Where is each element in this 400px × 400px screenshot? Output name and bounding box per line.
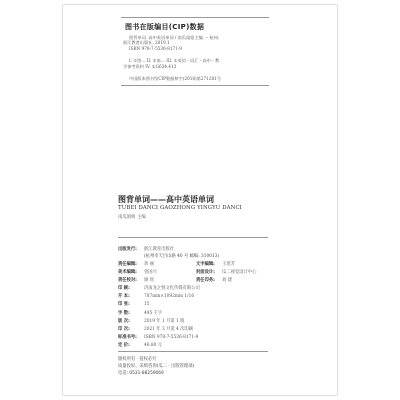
cip-bottom-divider — [121, 85, 269, 86]
spec-label: 印 次: — [118, 326, 144, 332]
spec-value: 46.80 元 — [144, 343, 162, 348]
spec-row: 印 张:15 — [118, 301, 149, 307]
field-value: 刘 建 — [222, 278, 232, 283]
field-label: 责任印务: — [196, 277, 222, 283]
colophon-divider — [118, 237, 268, 238]
spec-label: 版 次: — [118, 318, 144, 324]
spec-value: 495 千字 — [144, 311, 162, 316]
footer-complaints: 质量投诉、采购咨询(瓜二 · 出版管理部) — [118, 363, 194, 370]
cip-line: 浙江教育出版社, 2019.1 — [123, 40, 170, 46]
field-value: 王瑶芳 — [222, 262, 235, 267]
field-value: 谢 瑶 — [144, 277, 196, 283]
spec-row: 定 价:46.80 元 — [118, 342, 162, 348]
field-label: 责任编辑: — [118, 261, 144, 267]
spec-label: 定 价: — [118, 342, 144, 348]
field-value: 瓜二视觉设计中心 — [222, 270, 256, 275]
field-label: 美术编辑: — [118, 269, 144, 275]
field-label: 文字编辑: — [196, 261, 222, 267]
spec-row: 版 次:2019 年 1 月第 1 版 — [118, 318, 184, 324]
cip-title: 图书在版编目(CIP)数据 — [125, 22, 204, 32]
spec-value: 787mm×1092mm 1/16 — [144, 294, 194, 299]
spec-row: 印 次:2021 年 3 月第 4 次印刷 — [118, 326, 193, 332]
field-label: 责任校对: — [118, 277, 144, 283]
spec-row: 开 本:787mm×1092mm 1/16 — [118, 293, 194, 299]
copyright-page: 图书在版编目(CIP)数据 图背单词. 高中英语单词 / 南瓜姐姐主编. -- … — [62, 4, 338, 396]
proofreader-row: 责任校对:谢 瑶责任印务:刘 建 — [118, 277, 232, 283]
spec-label: 印 张: — [118, 301, 144, 307]
spec-value: 2019 年 1 月第 1 版 — [144, 319, 184, 324]
field-value: 曾国兴 — [144, 269, 196, 275]
book-pinyin-title: TUBEI DANCI GAOZHONG YINGYU DANCI — [118, 205, 242, 211]
field-label: 封面设计: — [196, 269, 222, 275]
publisher-label: 出版发行: — [118, 246, 144, 252]
spec-label: 印 刷: — [118, 285, 144, 291]
footer-divider — [118, 351, 268, 352]
publisher-row: 出版发行:浙江教育出版社 — [118, 246, 174, 252]
spec-value: 济南龙之悦文化传媒有限公司 — [144, 286, 200, 291]
cip-line: ISBN 978-7-5536-8171-9 — [129, 46, 182, 52]
field-value: 蒋 丽 — [144, 261, 196, 267]
top-divider — [121, 17, 269, 18]
spec-value: ISBN 978-7-5536-8171-9 — [144, 335, 198, 340]
spec-label: 字 数: — [118, 310, 144, 316]
spec-label: 开 本: — [118, 293, 144, 299]
spec-value: 2021 年 3 月第 4 次印刷 — [144, 327, 193, 332]
publisher-address: (杭州市天目山路 40 号 邮编: 310013) — [144, 253, 219, 259]
spec-row: 字 数:495 千字 — [118, 310, 162, 316]
book-title: 图背单词——高中英语单词 — [118, 194, 214, 205]
cip-line: I. ①图… II. ①南… III. ①英语 - 词汇 - 高中 - 教 — [129, 58, 219, 64]
spec-label: 标准书号: — [118, 334, 144, 340]
spec-value: 15 — [144, 302, 149, 307]
book-author: 南瓜姐姐 主编 — [118, 214, 146, 220]
editor-row: 责任编辑:蒋 丽文字编辑:王瑶芳 — [118, 261, 235, 267]
spec-row: 印 刷:济南龙之悦文化传媒有限公司 — [118, 285, 200, 291]
footer-phone: 电话: 0531-88259069 — [118, 370, 164, 377]
cip-line: 中国版本图书馆CIP数据核字(2018)第271281号 — [129, 76, 221, 82]
publisher-value: 浙江教育出版社 — [144, 247, 174, 252]
cip-line: 学参考资料 IV. ①G634.413 — [123, 64, 176, 70]
spec-row: 标准书号:ISBN 978-7-5536-8171-9 — [118, 334, 198, 340]
footer-copyright: 版权所有 · 侵权必究 — [118, 356, 156, 363]
art-editor-row: 美术编辑:曾国兴封面设计:瓜二视觉设计中心 — [118, 269, 256, 275]
